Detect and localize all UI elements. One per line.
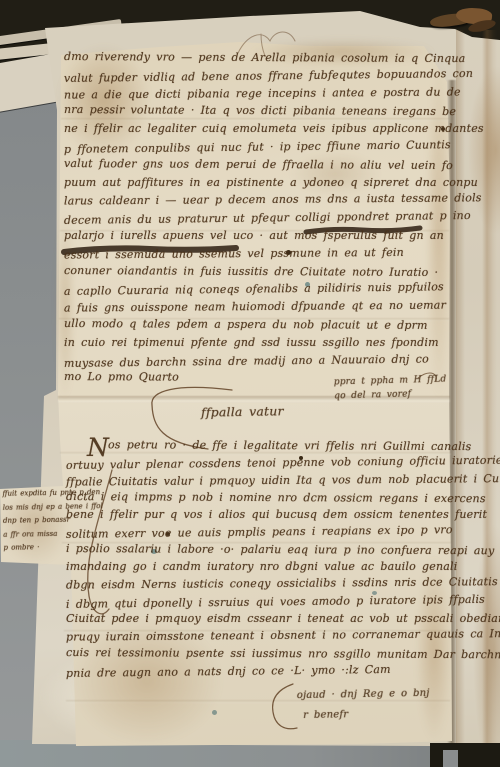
- docket-line: qo del ra voref: [334, 387, 447, 404]
- docket-line: ppra t ppha m H ffLd: [334, 373, 447, 390]
- closing-line: ojaud · dnj Reg e o bnj: [297, 684, 430, 706]
- text-block-2: os petru ro · de ffe i legalitate vri ff…: [66, 437, 456, 679]
- text-line: nra pessir voluntate · Ita q vos dicti p…: [64, 101, 452, 121]
- closing-subscription: ojaud · dnj Reg e o bnj r benefr: [297, 684, 431, 726]
- text-line: essort i ssemuda uno ssemus vel pssmune …: [64, 243, 452, 264]
- text-line: pnia dre augn ano a nats dnj co ce ·L· y…: [66, 660, 456, 682]
- notarial-docket: ppra t ppha m H ffLd qo del ra voref: [334, 373, 447, 404]
- text-line: ullo modo q tales pdem a pspera du nob p…: [64, 315, 452, 335]
- text-line: i psolio ssalariu i labore ·o· palariu e…: [66, 540, 456, 559]
- background-gray-sliver: [443, 750, 458, 767]
- text-line: Ciuitat pdee i pmquoy eisdm csseanr i te…: [66, 610, 456, 627]
- text-line: in cuio rei tpimenui pfente gnd ssd iuss…: [64, 334, 452, 352]
- closing-line: r benefr: [297, 704, 430, 726]
- manuscript-photo: dmo riverendy vro — pens de Arella piban…: [0, 0, 500, 767]
- text-line: palarjo i iurells apuens vel uco · aut m…: [64, 227, 452, 245]
- text-line: dicta i eiq impms p nob i nomine nro dcm…: [66, 488, 456, 507]
- text-block-1: dmo riverendy vro — pens de Arella piban…: [64, 49, 452, 387]
- text-line: imandaing go i candm iuratory nro dbgni …: [66, 558, 456, 575]
- background-dark-corner: [430, 743, 500, 767]
- text-line: ne i ffelir ac legaliter cuiq emolumeta …: [64, 120, 452, 138]
- text-line: valut fuoder gns uos dem perui de ffrael…: [64, 155, 452, 175]
- text-line: puum aut paffitures in ea pistinente a y…: [64, 174, 452, 192]
- rubric-heading: ffpalla vatur: [201, 403, 284, 419]
- text-line: pruqy iurain oimsstone teneant i obsnent…: [66, 626, 456, 646]
